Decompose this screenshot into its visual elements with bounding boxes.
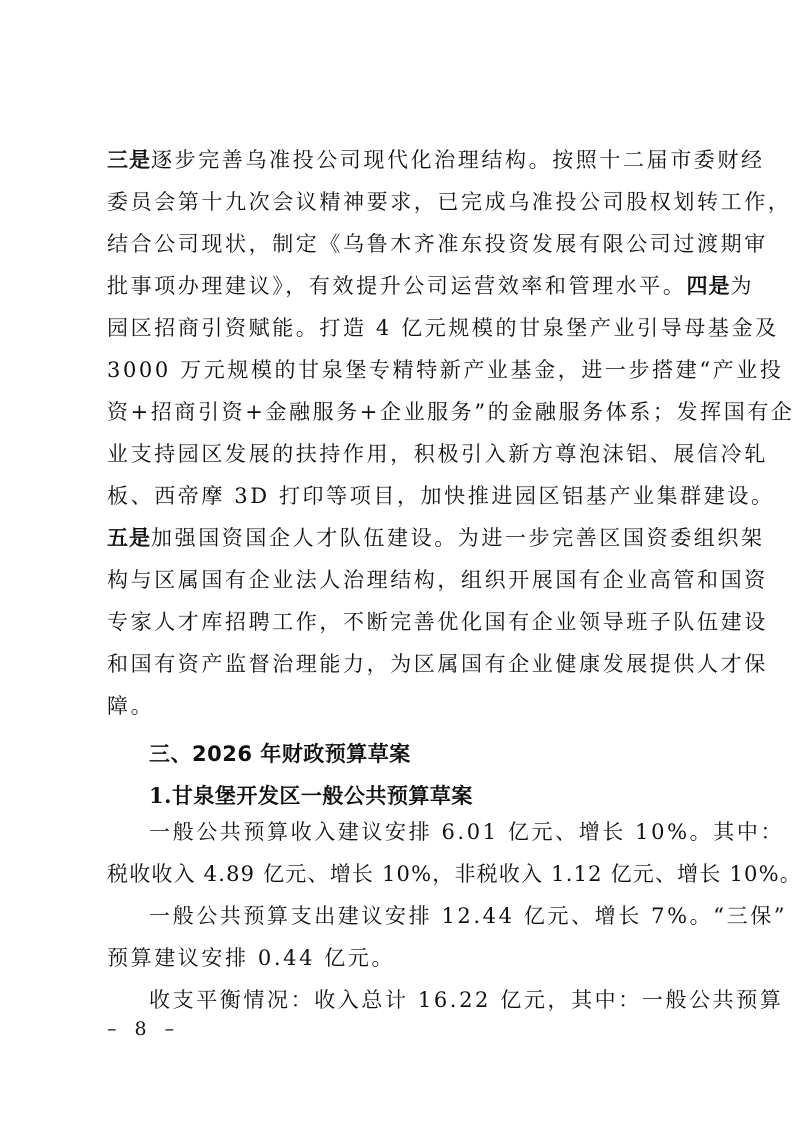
text-line: 板、西帝摩 3D 打印等项目，加快推进园区铝基产业集群建设。 (107, 486, 697, 507)
text-line: 一般公共预算收入建议安排 6.01 亿元、增长 10%。其中： (149, 822, 697, 843)
text-line: 和国有资产监督治理能力，为区属国有企业健康发展提供人才保 (107, 654, 697, 675)
text-line: 税收收入 4.89 亿元、增长 10%，非税收入 1.12 亿元、增长 10%。 (107, 864, 697, 885)
text-line: 园区招商引资赋能。打造 4 亿元规模的甘泉堡产业引导母基金及 (107, 318, 697, 339)
bold-lead: 五是 (107, 526, 151, 550)
bold-lead: 四是 (687, 274, 731, 298)
text-line: 3000 万元规模的甘泉堡专精特新产业基金，进一步搭建“产业投 (107, 360, 697, 381)
text-line: 三是逐步完善乌准投公司现代化治理结构。按照十二届市委财经 (107, 150, 697, 171)
text-line: 一般公共预算支出建议安排 12.44 亿元、增长 7%。“三保” (149, 906, 697, 927)
subsection-heading: 1.甘泉堡开发区一般公共预算草案 (149, 780, 473, 810)
text-line: 五是加强国资国企人才队伍建设。为进一步完善区国资委组织架 (107, 528, 697, 549)
text-line: 资+招商引资+金融服务+企业服务”的金融服务体系；发挥国有企 (107, 402, 697, 423)
text-line: 业支持园区发展的扶持作用，积极引入新方尊泡沫铝、展信冷轧 (107, 444, 697, 465)
text-line: 专家人才库招聘工作，不断完善优化国有企业领导班子队伍建设 (107, 612, 697, 633)
text-line: 委员会第十九次会议精神要求，已完成乌准投公司股权划转工作， (107, 192, 697, 213)
text-line: 收支平衡情况：收入总计 16.22 亿元，其中：一般公共预算 (149, 990, 697, 1011)
text-line: 障。 (107, 696, 697, 717)
text-line: 构与区属国有企业法人治理结构，组织开展国有企业高管和国资 (107, 570, 697, 591)
page-number: – 8 – (107, 1018, 180, 1040)
section-heading: 三、2026 年财政预算草案 (149, 738, 411, 768)
text-line: 结合公司现状，制定《乌鲁木齐准东投资发展有限公司过渡期审 (107, 234, 697, 255)
text-line: 预算建议安排 0.44 亿元。 (107, 948, 697, 969)
bold-lead: 三是 (107, 148, 151, 172)
text-line: 批事项办理建议》，有效提升公司运营效率和管理水平。四是为 (107, 276, 697, 297)
